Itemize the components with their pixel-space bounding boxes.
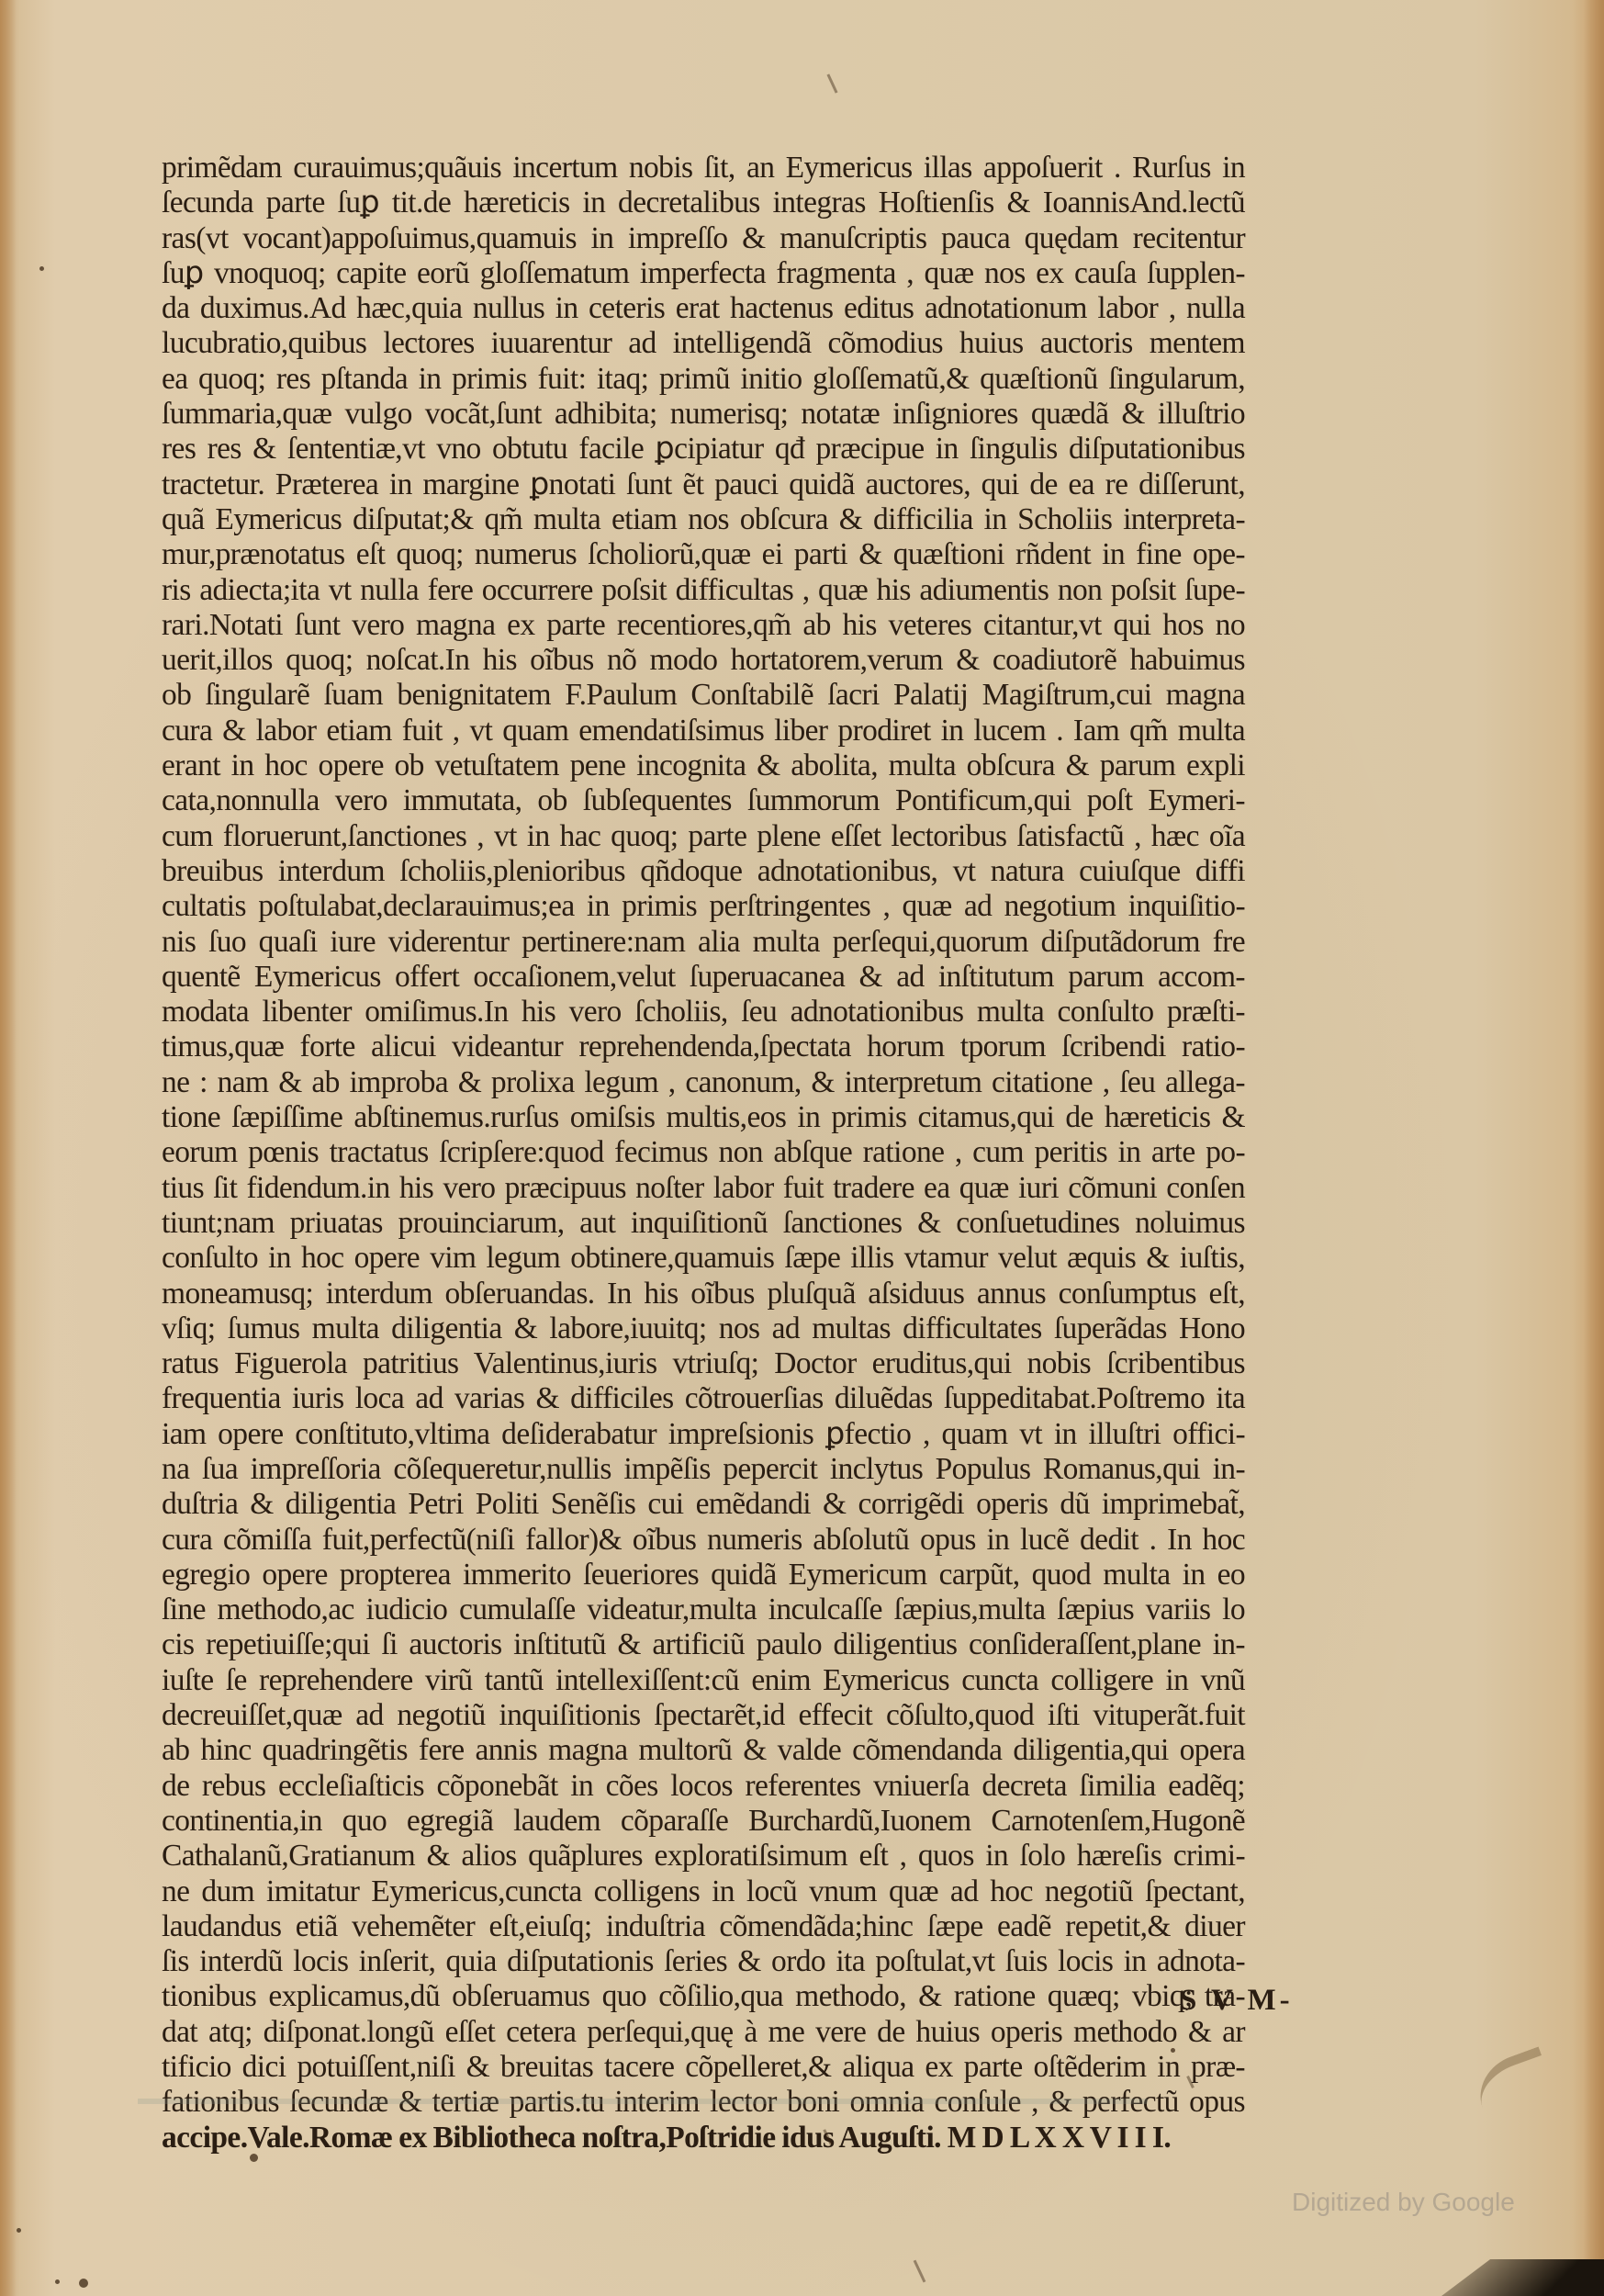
text-line: breuibus interdum ſcholiis,plenioribus q… bbox=[162, 854, 1245, 889]
text-line: ras(vt vocant)appoſuimus,quamuis in impr… bbox=[162, 221, 1245, 256]
text-line: ea quoq; res pſtanda in primis fuit: ita… bbox=[162, 362, 1245, 397]
text-line: cultatis poſtulabat,declarauimus;ea in p… bbox=[162, 889, 1245, 924]
text-line: erant in hoc opere ob vetuſtatem pene in… bbox=[162, 748, 1245, 783]
catchword: S V M- bbox=[1180, 1984, 1294, 2018]
page-corner-shadow bbox=[1441, 2259, 1604, 2296]
ink-spot bbox=[39, 266, 44, 271]
text-line: ne dum imitatur Eymericus,cuncta collige… bbox=[162, 1874, 1245, 1909]
text-line: conſulto in hoc opere vim legum obtinere… bbox=[162, 1241, 1245, 1276]
text-line: tius ſit fidendum.in his vero præcipuus … bbox=[162, 1171, 1245, 1206]
text-line: cis repetiuiſſe;qui ſi auctoris inſtitut… bbox=[162, 1627, 1245, 1662]
digitized-watermark: Digitized by Google bbox=[1292, 2188, 1515, 2217]
text-line: cura & labor etiam fuit , vt quam emenda… bbox=[162, 714, 1245, 748]
text-line: tiunt;nam priuatas prouinciarum, aut inq… bbox=[162, 1206, 1245, 1241]
text-line: continentia,in quo egregiã laudem cõpara… bbox=[162, 1804, 1245, 1839]
text-line: laudandus etiã vehemẽter eſt,eiuſq; indu… bbox=[162, 1909, 1245, 1944]
text-line: nis ſuo quaſi iure viderentur pertinere:… bbox=[162, 925, 1245, 960]
paper-fiber bbox=[826, 73, 837, 93]
text-line: ne : nam & ab improba & prolixa legum , … bbox=[162, 1065, 1245, 1100]
text-line: ſecunda parte ſuꝑ tit.de hæreticis in de… bbox=[162, 186, 1245, 220]
text-line: ob ſingularẽ ſuam benignitatem F.Paulum … bbox=[162, 678, 1245, 713]
text-line: tificio dici potuiſſent,niſi & breuitas … bbox=[162, 2050, 1245, 2085]
page-edge-left bbox=[0, 0, 17, 2296]
text-line-dateline: accipe.Vale.Romæ ex Bibliotheca noſtra,P… bbox=[162, 2121, 1245, 2155]
ink-spot bbox=[55, 2279, 60, 2284]
text-line: lucubratio,quibus lectores iuuarentur ad… bbox=[162, 326, 1245, 361]
ink-spot bbox=[250, 2154, 258, 2162]
text-line: iuſte ſe reprehendere virũ tantũ intelle… bbox=[162, 1663, 1245, 1698]
text-line: tractetur. Præterea in margine ꝑnotati ſ… bbox=[162, 467, 1245, 502]
text-line: modata libenter omiſimus.In his vero ſch… bbox=[162, 995, 1245, 1030]
text-line: tione ſæpiſſime abſtinemus.rurſus omiſsi… bbox=[162, 1100, 1245, 1135]
text-line: dat atq; diſponat.longũ eſſet cetera per… bbox=[162, 2015, 1245, 2050]
text-line: quentẽ Eymericus offert occaſionem,velut… bbox=[162, 960, 1245, 995]
page-corner-curl bbox=[1469, 2046, 1560, 2132]
text-line: res res & ſententiæ,vt vno obtutu facile… bbox=[162, 432, 1245, 467]
scanned-page: primẽdam curauimus;quãuis incertum nobis… bbox=[0, 0, 1604, 2296]
page-edge-right bbox=[1584, 0, 1604, 2296]
text-line: de rebus eccleſiaſticis cõponebãt in cõe… bbox=[162, 1769, 1245, 1804]
text-line: moneamusq; interdum obſeruandas. In his … bbox=[162, 1277, 1245, 1311]
text-line: da duximus.Ad hæc,quia nullus in ceteris… bbox=[162, 291, 1245, 326]
text-line: cura cõmiſſa fuit,perfectũ(niſi fallor)&… bbox=[162, 1523, 1245, 1558]
body-text: primẽdam curauimus;quãuis incertum nobis… bbox=[162, 151, 1245, 2155]
text-line: cata,nonnulla vero immutata, ob ſubſeque… bbox=[162, 783, 1245, 818]
text-line: ſine methodo,ac iudicio cumulaſſe videat… bbox=[162, 1593, 1245, 1627]
text-line: iam opere conſtituto,vltima deſiderabatu… bbox=[162, 1417, 1245, 1452]
text-line: frequentia iuris loca ad varias & diffic… bbox=[162, 1381, 1245, 1416]
text-line: ab hinc quadringẽtis fere annis magna mu… bbox=[162, 1733, 1245, 1768]
text-line: uerit,illos quoq; noſcat.In his oĩbus nõ… bbox=[162, 643, 1245, 678]
text-line: tionibus explicamus,dũ obſeruamus quo cõ… bbox=[162, 1979, 1245, 2014]
text-line: quã Eymericus diſputat;& qm̃ multa etiam… bbox=[162, 502, 1245, 537]
text-line: primẽdam curauimus;quãuis incertum nobis… bbox=[162, 151, 1245, 186]
ink-spot bbox=[79, 2279, 88, 2288]
text-line: na ſua impreſſoria cõſequeretur,nullis i… bbox=[162, 1452, 1245, 1487]
text-line: ris adiecta;ita vt nulla fere occurrere … bbox=[162, 573, 1245, 608]
text-line: ratus Figuerola patritius Valentinus,iur… bbox=[162, 1346, 1245, 1381]
fold-line bbox=[138, 2099, 1148, 2104]
text-line: Cathalanũ,Gratianum & alios quãplures ex… bbox=[162, 1839, 1245, 1874]
text-line: timus,quæ forte alicui videantur reprehe… bbox=[162, 1030, 1245, 1064]
text-line: eorum pœnis tractatus ſcripſere:quod fec… bbox=[162, 1135, 1245, 1170]
text-line: ſis interdũ locis inſerit, quia diſputat… bbox=[162, 1944, 1245, 1979]
paper-fiber bbox=[914, 2260, 926, 2283]
text-line: decreuiſſet,quæ ad negotiũ inquiſitionis… bbox=[162, 1698, 1245, 1733]
ink-spot bbox=[17, 2228, 21, 2233]
ink-spot bbox=[1171, 2048, 1175, 2053]
text-line: ſuꝑ vnoquoq; capite eorũ gloſſematum imp… bbox=[162, 256, 1245, 291]
text-line: egregio opere propterea immerito ſeuerio… bbox=[162, 1558, 1245, 1593]
text-line: ſummaria,quæ vulgo vocãt,ſunt adhibita; … bbox=[162, 397, 1245, 432]
text-line: duſtria & diligentia Petri Politi Senẽſi… bbox=[162, 1487, 1245, 1522]
text-line: cum floruerunt,ſanctiones , vt in hac qu… bbox=[162, 819, 1245, 854]
text-line: rari.Notati ſunt vero magna ex parte rec… bbox=[162, 608, 1245, 643]
text-line: mur,prænotatus eſt quoq; numerus ſcholio… bbox=[162, 537, 1245, 572]
text-line: vſiq; ſumus multa diligentia & labore,iu… bbox=[162, 1311, 1245, 1346]
